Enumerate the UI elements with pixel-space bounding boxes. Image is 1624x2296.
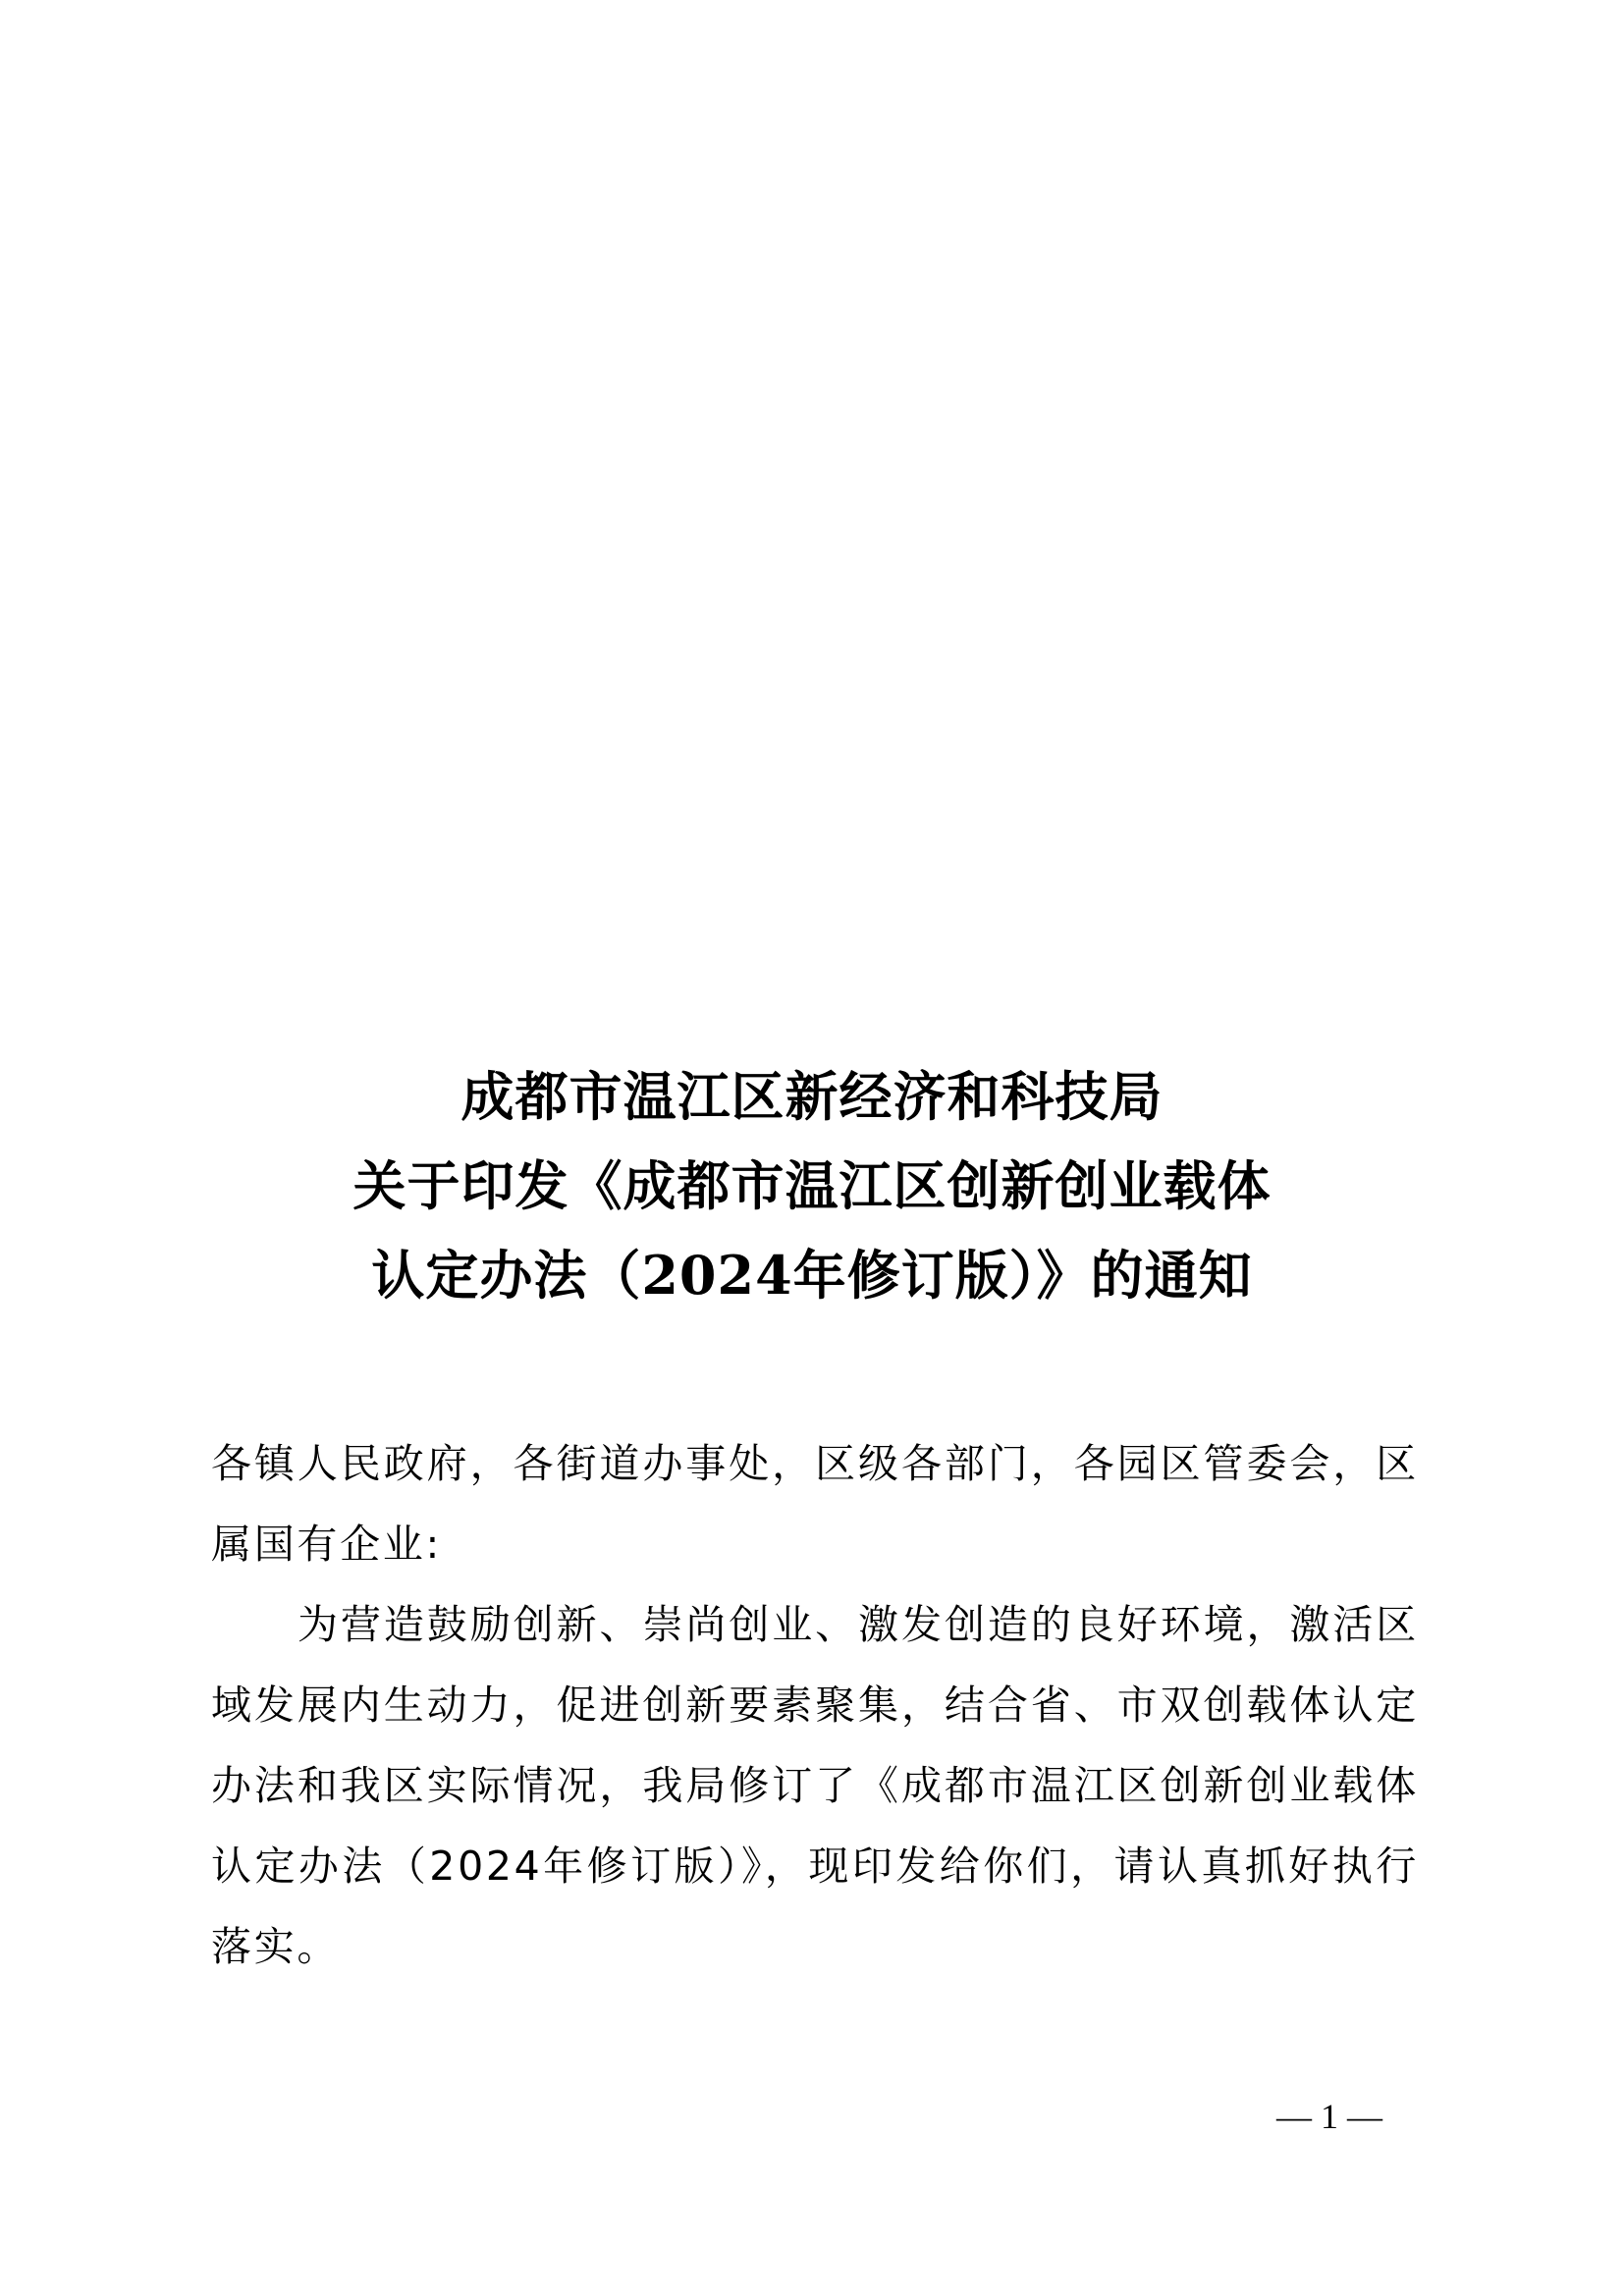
- title-line-3: 认定办法（2024年修订版）》的通知: [0, 1231, 1624, 1320]
- body-paragraph: 为营造鼓励创新、崇尚创业、激发创造的良好环境，激活区域发展内生动力，促进创新要素…: [211, 1584, 1419, 1987]
- document-title: 成都市温江区新经济和科技局 关于印发《成都市温江区创新创业载体 认定办法（202…: [0, 1052, 1624, 1320]
- title-line-1: 成都市温江区新经济和科技局: [0, 1052, 1624, 1142]
- document-page: 成都市温江区新经济和科技局 关于印发《成都市温江区创新创业载体 认定办法（202…: [0, 0, 1624, 2296]
- page-number: — 1 —: [1276, 2093, 1382, 2140]
- salutation: 各镇人民政府，各街道办事处，区级各部门，各园区管委会，区属国有企业:: [211, 1423, 1419, 1584]
- title-line-2: 关于印发《成都市温江区创新创业载体: [0, 1142, 1624, 1231]
- document-body: 各镇人民政府，各街道办事处，区级各部门，各园区管委会，区属国有企业: 为营造鼓励…: [211, 1423, 1419, 1987]
